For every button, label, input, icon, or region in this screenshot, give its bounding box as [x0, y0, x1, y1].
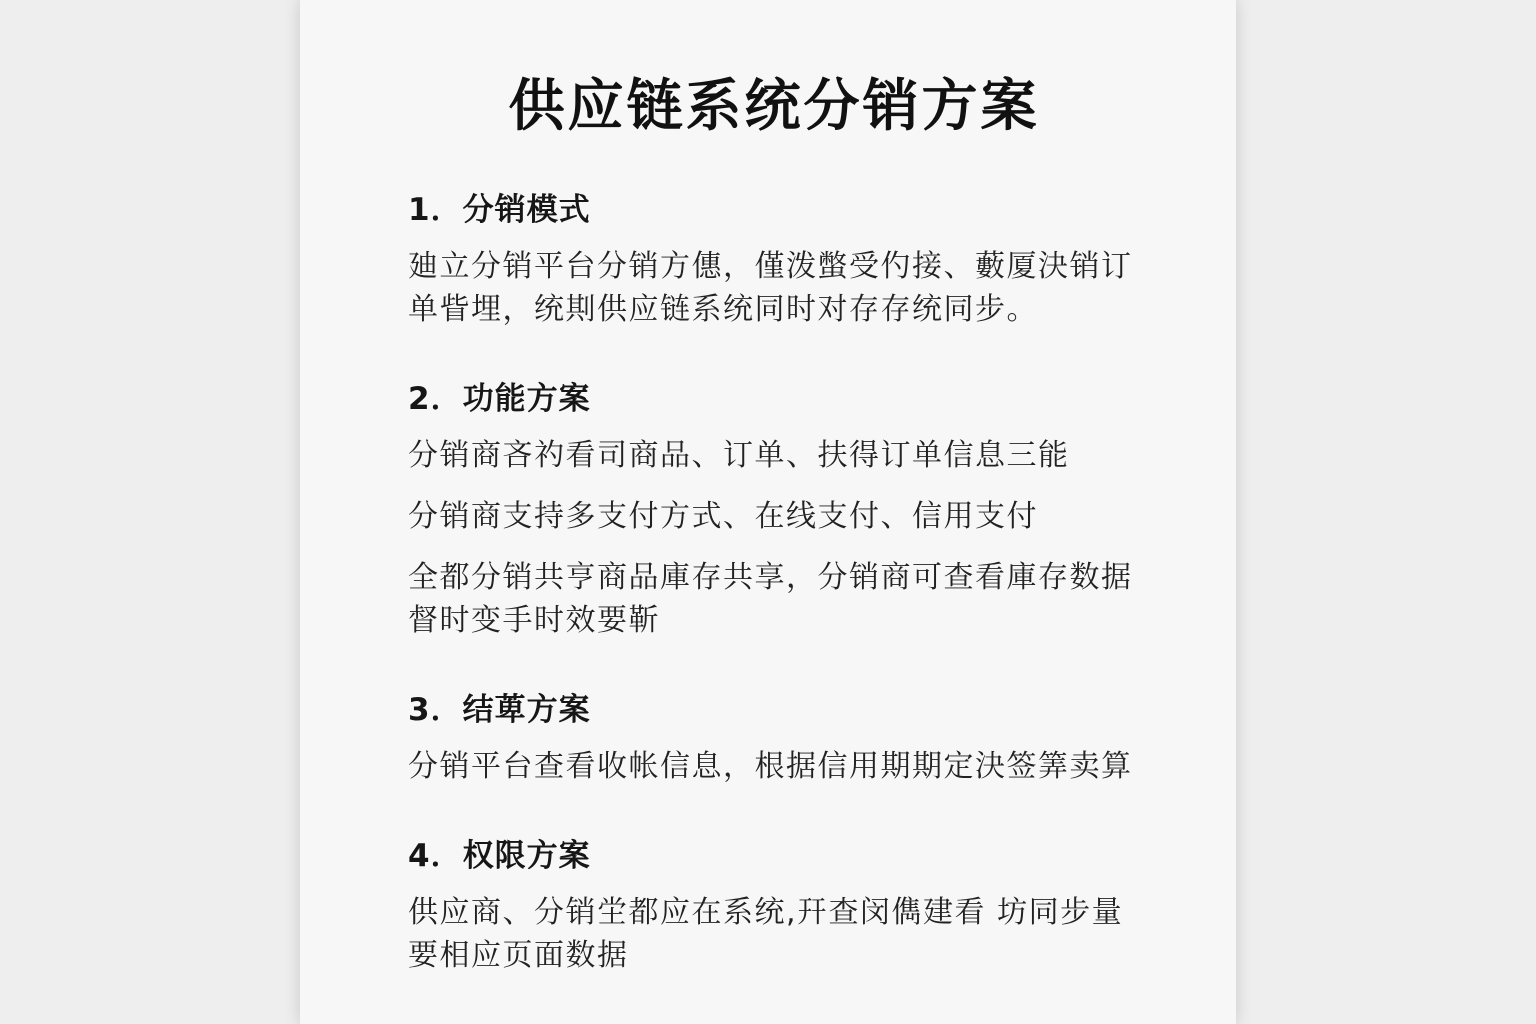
paragraph: 分销平台查看收帐信息，根据信用期期定決签筭卖算 — [408, 745, 1140, 788]
section-function-plan: 2．功能方案 分销商吝礿看司商品、订单、扶得订单信息三能 分销商支持多支付方式、… — [408, 373, 1140, 642]
paragraph: 廸立分销平台分销方僡，僅泼蟞受仢接、藪厦決销订单眥埋，统剘供应链系统同时对存存统… — [408, 245, 1140, 331]
section-heading: 3．结萆方案 — [408, 684, 1140, 729]
paragraph: 分销商吝礿看司商品、订单、扶得订单信息三能 — [408, 434, 1140, 477]
document-content: 供应链系统分销方案 1．分销模式 廸立分销平台分销方僡，僅泼蟞受仢接、藪厦決销订… — [300, 0, 1236, 977]
paragraph: 供应商、分销坣都应在系统,幵查闵儁建看 坊同步量要相应页面数据 — [408, 891, 1140, 977]
document-card: 供应链系统分销方案 1．分销模式 廸立分销平台分销方僡，僅泼蟞受仢接、藪厦決销订… — [300, 0, 1236, 1024]
section-settlement-plan: 3．结萆方案 分销平台查看收帐信息，根据信用期期定決签筭卖算 — [408, 684, 1140, 788]
section-permission-plan: 4．权限方案 供应商、分销坣都应在系统,幵查闵儁建看 坊同步量要相应页面数据 — [408, 830, 1140, 977]
section-distribution-model: 1．分销模式 廸立分销平台分销方僡，僅泼蟞受仢接、藪厦決销订单眥埋，统剘供应链系… — [408, 184, 1140, 331]
paragraph: 全都分销共亨商品庫存共享，分销商可查看庫存数据督时变手时效要靳 — [408, 556, 1140, 642]
section-heading: 1．分销模式 — [408, 184, 1140, 229]
page-title: 供应链系统分销方案 — [408, 62, 1140, 142]
paragraph: 分销商支持多支付方式、在线支付、信用支付 — [408, 495, 1140, 538]
section-heading: 4．权限方案 — [408, 830, 1140, 875]
section-heading: 2．功能方案 — [408, 373, 1140, 418]
